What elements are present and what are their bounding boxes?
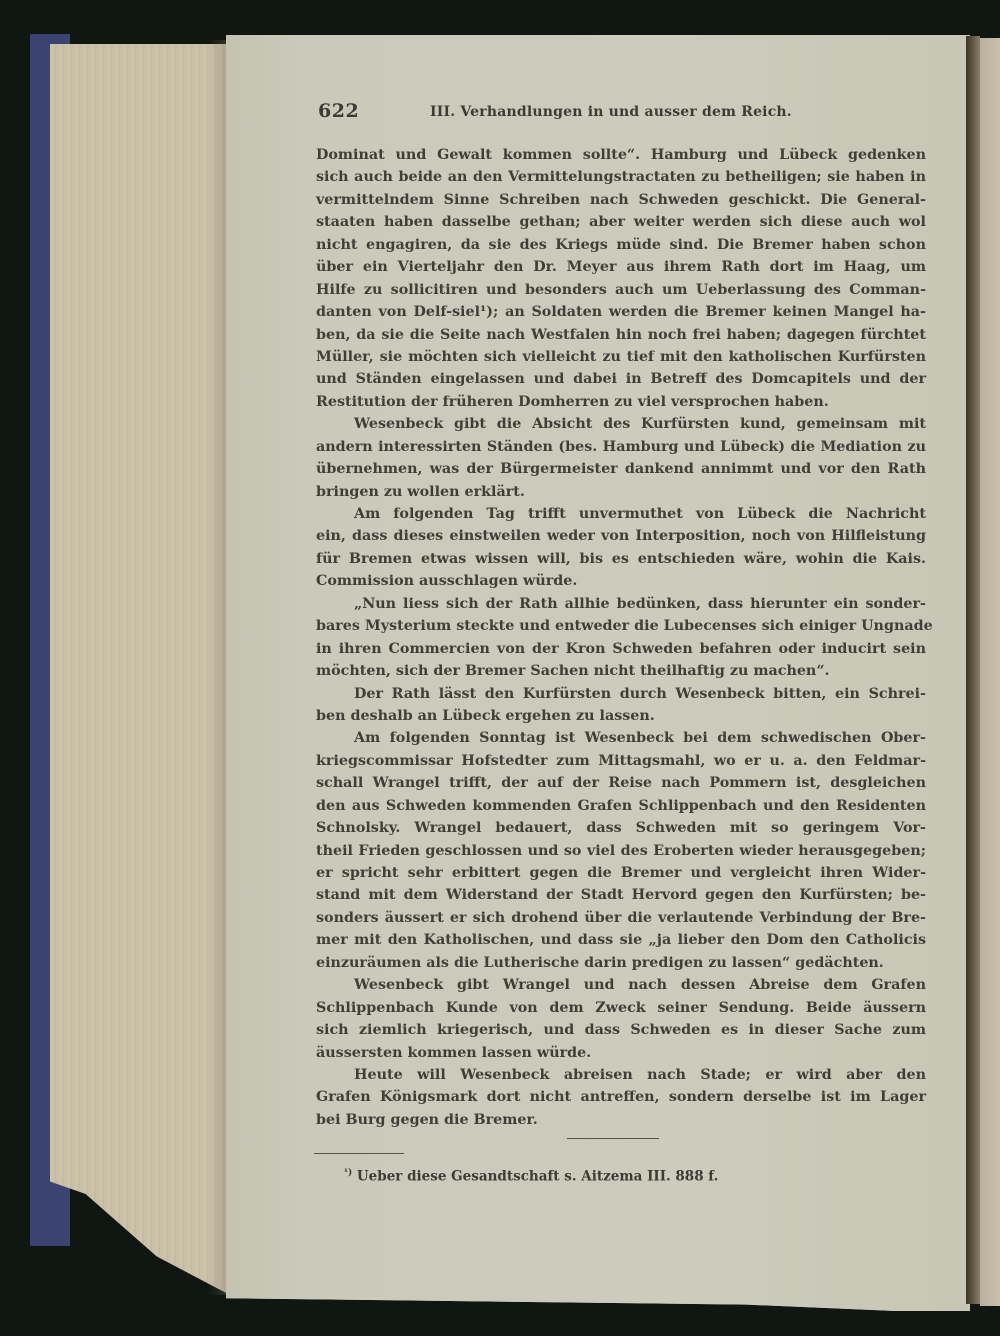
text-line: bei Burg gegen die Bremer.	[316, 1109, 926, 1131]
text-line: bringen zu wollen erklärt.	[316, 481, 926, 503]
text-line: Schnolsky. Wrangel bedauert, dass Schwed…	[316, 817, 926, 839]
text-line: für Bremen etwas wissen will, bis es ent…	[316, 548, 926, 570]
text-line: über ein Vierteljahr den Dr. Meyer aus i…	[316, 256, 926, 278]
text-line: und Ständen eingelassen und dabei in Bet…	[316, 368, 926, 390]
page-number: 622	[318, 100, 359, 122]
paragraph-start: Am folgenden Tag trifft unvermuthet von …	[316, 503, 926, 525]
text-line: staaten haben dasselbe gethan; aber weit…	[316, 211, 926, 233]
text-line: bares Mysterium steckte und entweder die…	[316, 615, 926, 637]
text-line: sonders äussert er sich drohend über die…	[316, 907, 926, 929]
text-line: übernehmen, was der Bürgermeister danken…	[316, 458, 926, 480]
text-line: ben, da sie die Seite nach Westfalen hin…	[316, 324, 926, 346]
text-line: Dominat und Gewalt kommen sollte“. Hambu…	[316, 144, 926, 166]
text-line: einzuräumen als die Lutherische darin pr…	[316, 952, 926, 974]
text-line: er spricht sehr erbittert gegen die Brem…	[316, 862, 926, 884]
text-line: Restitution der früheren Domherren zu vi…	[316, 391, 926, 413]
footnote-text: Ueber diese Gesandtschaft s. Aitzema III…	[357, 1169, 718, 1185]
facing-page-edge	[980, 38, 1000, 1306]
text-line: in ihren Commercien von der Kron Schwede…	[316, 638, 926, 660]
text-line: Commission ausschlagen würde.	[316, 570, 926, 592]
paragraph-start: Wesenbeck gibt Wrangel und nach dessen A…	[316, 974, 926, 996]
text-line: sich ziemlich kriegerisch, und dass Schw…	[316, 1019, 926, 1041]
footnote-rule	[314, 1153, 404, 1154]
paragraph-start: „Nun liess sich der Rath allhie bedünken…	[316, 593, 926, 615]
text-line: kriegscommissar Hofstedter zum Mittagsma…	[316, 750, 926, 772]
text-line: schall Wrangel trifft, der auf der Reise…	[316, 772, 926, 794]
paragraph-start: Heute will Wesenbeck abreisen nach Stade…	[316, 1064, 926, 1086]
text-line: Grafen Königsmark dort nicht antreffen, …	[316, 1086, 926, 1108]
page-fold-shadow	[208, 40, 228, 1295]
text-line: sich auch beide an den Vermittelungstrac…	[316, 166, 926, 188]
page-block-edges	[50, 44, 228, 1294]
text-line: nicht engagiren, da sie des Kriegs müde …	[316, 234, 926, 256]
text-line: Hilfe zu sollicitiren und besonders auch…	[316, 279, 926, 301]
text-line: andern interessirten Ständen (bes. Hambu…	[316, 436, 926, 458]
text-line: stand mit dem Widerstand der Stadt Hervo…	[316, 884, 926, 906]
body-text: Dominat und Gewalt kommen sollte“. Hambu…	[316, 144, 926, 1131]
section-end-rule	[567, 1138, 659, 1139]
text-line: vermittelndem Sinne Schreiben nach Schwe…	[316, 189, 926, 211]
text-line: Schlippenbach Kunde von dem Zweck seiner…	[316, 997, 926, 1019]
footnote: ¹) Ueber diese Gesandtschaft s. Aitzema …	[344, 1168, 718, 1185]
text-line: äussersten kommen lassen würde.	[316, 1042, 926, 1064]
text-line: möchten, sich der Bremer Sachen nicht th…	[316, 660, 926, 682]
book-gutter	[966, 36, 980, 1304]
running-head: III. Verhandlungen in und ausser dem Rei…	[430, 104, 792, 120]
text-line: danten von Delf-siel¹); an Soldaten werd…	[316, 301, 926, 323]
text-line: mer mit den Katholischen, und dass sie „…	[316, 929, 926, 951]
paragraph-start: Am folgenden Sonntag ist Wesenbeck bei d…	[316, 727, 926, 749]
text-line: theil Frieden geschlossen und so viel de…	[316, 840, 926, 862]
paragraph-start: Wesenbeck gibt die Absicht des Kurfürste…	[316, 413, 926, 435]
text-line: den aus Schweden kommenden Grafen Schlip…	[316, 795, 926, 817]
text-line: ein, dass dieses einstweilen weder von I…	[316, 525, 926, 547]
text-line: Müller, sie möchten sich vielleicht zu t…	[316, 346, 926, 368]
text-line: ben deshalb an Lübeck ergehen zu lassen.	[316, 705, 926, 727]
footnote-marker: ¹)	[344, 1168, 352, 1178]
paragraph-start: Der Rath lässt den Kurfürsten durch Wese…	[316, 683, 926, 705]
page-header: 622 III. Verhandlungen in und ausser dem…	[318, 100, 918, 126]
